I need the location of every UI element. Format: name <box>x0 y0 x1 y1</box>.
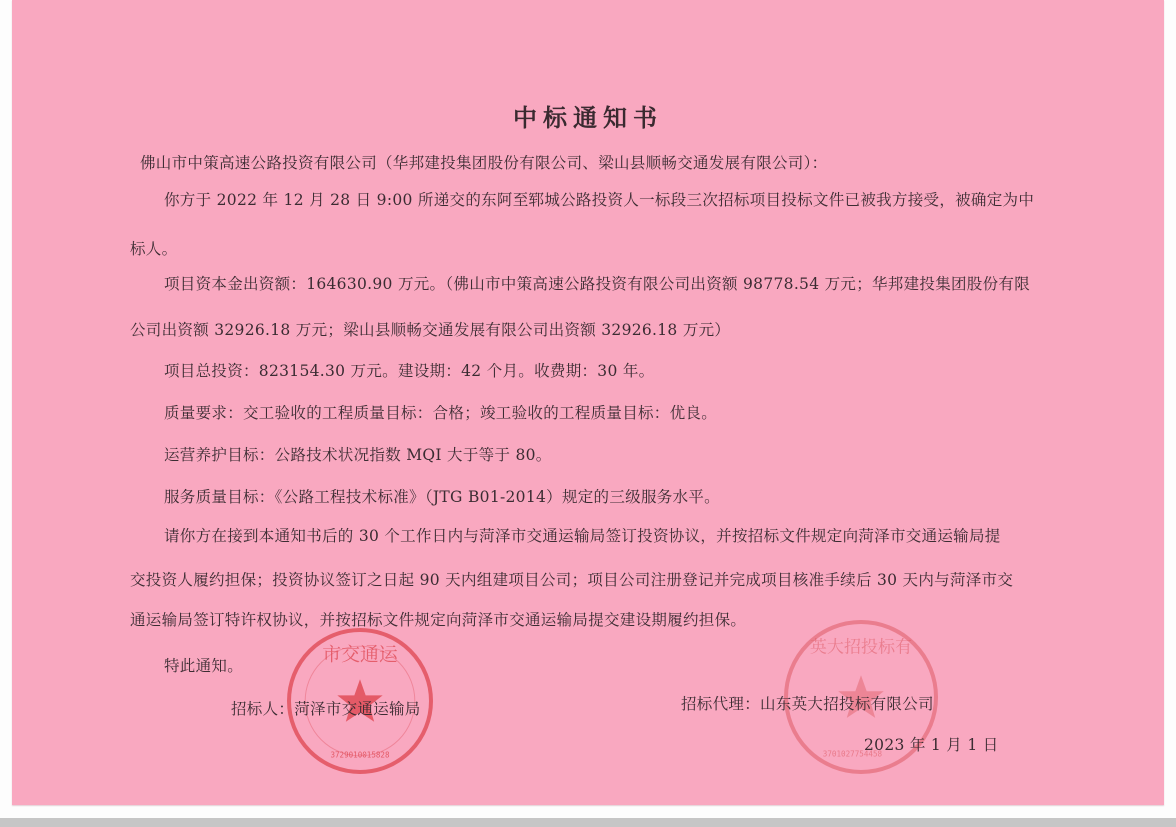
paragraph-service: 服务质量目标：《公路工程技术标准》（JTG B01-2014）规定的三级服务水平… <box>164 485 720 507</box>
tenderer-signature: 招标人：菏泽市交通运输局 <box>231 697 421 719</box>
issue-date: 2023 年 1 月 1 日 <box>864 733 999 755</box>
paragraph-obligations-line-3: 通运输局签订特许权协议，并按招标文件规定向菏泽市交通运输局提交建设期履约担保。 <box>130 608 746 630</box>
viewer-bottom-bar <box>0 818 1176 827</box>
svg-text:3729010015828: 3729010015828 <box>330 751 390 760</box>
tenderer-name: 菏泽市交通运输局 <box>294 700 420 718</box>
agent-name: 山东英大招投标有限公司 <box>760 695 934 713</box>
agent-signature: 招标代理：山东英大招投标有限公司 <box>681 692 934 714</box>
paragraph-award-line-2: 标人。 <box>130 237 177 259</box>
svg-text:市交通运: 市交通运 <box>322 643 398 665</box>
paragraph-obligations-line-2: 交投资人履约担保；投资协议签订之日起 90 天内组建项目公司；项目公司注册登记并… <box>130 568 1013 590</box>
paragraph-capital-line-2: 公司出资额 32926.18 万元；梁山县顺畅交通发展有限公司出资额 32926… <box>130 318 730 340</box>
paragraph-award-line-1: 你方于 2022 年 12 月 28 日 9:00 所递交的东阿至郓城公路投资人… <box>164 188 1034 210</box>
paragraph-total-investment: 项目总投资：823154.30 万元。建设期：42 个月。收费期：30 年。 <box>164 359 654 381</box>
closing-phrase: 特此通知。 <box>164 654 243 676</box>
paragraph-maintenance: 运营养护目标：公路技术状况指数 MQI 大于等于 80。 <box>164 443 552 465</box>
agent-label: 招标代理： <box>681 695 760 713</box>
paragraph-obligations-line-1: 请你方在接到本通知书后的 30 个工作日内与菏泽市交通运输局签订投资协议，并按招… <box>164 524 1001 546</box>
addressee: 佛山市中策高速公路投资有限公司（华邦建投集团股份有限公司、梁山县顺畅交通发展有限… <box>140 151 827 173</box>
paragraph-quality: 质量要求：交工验收的工程质量目标：合格；竣工验收的工程质量目标：优良。 <box>164 401 717 423</box>
svg-text:英大招投标有: 英大招投标有 <box>810 636 912 657</box>
document-title: 中标通知书 <box>0 98 1176 133</box>
tenderer-label: 招标人： <box>231 700 294 718</box>
paragraph-capital-line-1: 项目资本金出资额：164630.90 万元。（佛山市中策高速公路投资有限公司出资… <box>164 272 1030 294</box>
